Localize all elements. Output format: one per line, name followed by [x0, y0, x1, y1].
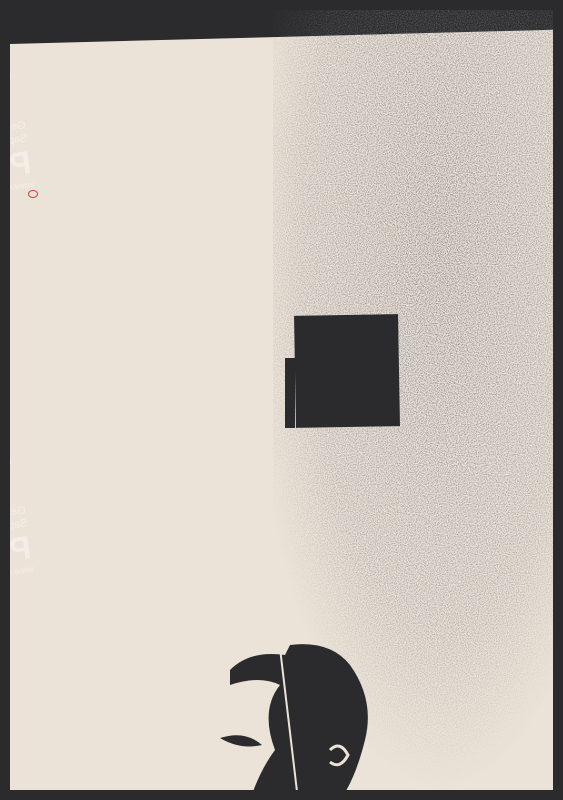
poster-paper: テペ● Gerhard Rosch Barnard Cohain Mas Cor…	[10, 10, 553, 790]
ink-strip	[285, 358, 295, 428]
watermark-url: www.missivegallery.com / info@missivegal…	[10, 564, 34, 613]
black-square	[294, 314, 400, 428]
red-mark	[28, 190, 38, 198]
watermark-top: テペ● Gerhard Rosch Barnard Cohain Mas Cor…	[10, 50, 34, 227]
watermark-url: www.missivegallery.com / info@missivegal…	[10, 179, 34, 228]
portrait-face-fragment	[190, 630, 390, 790]
watermark-bottom: テペ● Gerhard Rosch Barnard Cohain Mas Cor…	[10, 435, 34, 612]
